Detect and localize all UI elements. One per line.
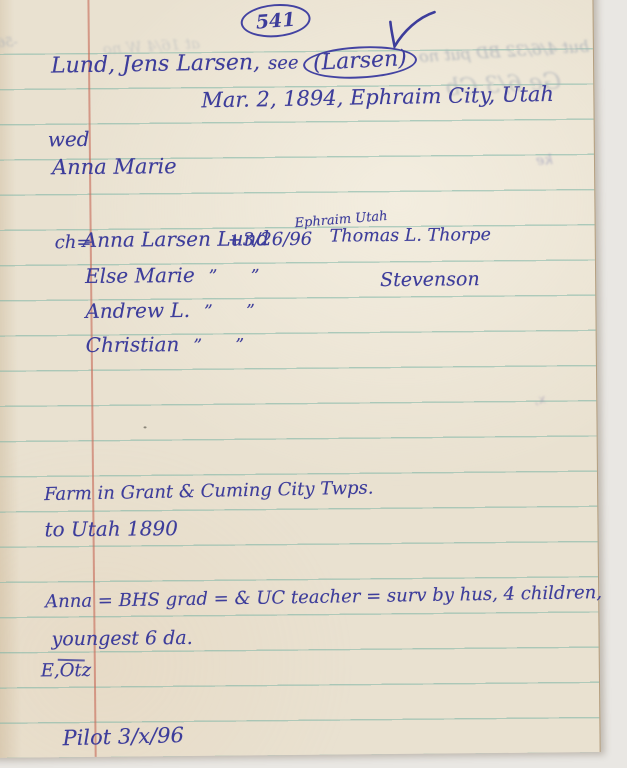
see-reference-circle: (Larsen): [302, 44, 417, 82]
death-date: +3/26/96: [228, 231, 313, 250]
child-spouse-surname: Stevenson: [380, 270, 480, 290]
child-spouse-name: Thomas L. Thorpe: [330, 227, 491, 246]
paper-sheet: -56 at 16/4 W no but 4/6/32 BD put no Ge…: [0, 0, 601, 758]
name-line: Lund, Jens Larsen,see(Larsen): [51, 46, 417, 84]
page-number: 541: [255, 8, 296, 33]
bleedthrough-text: x,: [534, 393, 546, 407]
ditto-marks: ” ”: [193, 335, 258, 356]
ditto-marks: ” ”: [209, 266, 274, 287]
child-row: Christian” ”: [86, 333, 259, 356]
child-row: Else Marie” ”: [85, 264, 274, 287]
anna-note-line2: youngest 6 da.: [51, 629, 192, 649]
see-label: see: [268, 52, 299, 74]
scan-background: { "document": { "page_number": "541", "h…: [0, 0, 627, 768]
source-citation: Pilot 3/x/96: [62, 725, 184, 749]
ink-speck: [144, 426, 147, 428]
page-number-circle: 541: [239, 1, 311, 39]
ditto-marks: ” ”: [204, 301, 269, 322]
spouse-name: Anna Marie: [52, 156, 177, 178]
bleedthrough-text: ke: [536, 153, 554, 168]
see-reference: (Larsen): [312, 46, 407, 76]
child-name: Andrew L.: [85, 298, 190, 323]
child-row: Andrew L.” ”: [85, 299, 269, 322]
bleedthrough-text: -56: [0, 36, 18, 50]
surname-given-names: Lund, Jens Larsen,: [51, 50, 260, 78]
child-name: Christian: [86, 332, 180, 357]
migration-note: to Utah 1890: [44, 518, 178, 539]
wed-label: wed: [48, 129, 90, 149]
shorthand-note: E,Otz: [41, 662, 92, 680]
child-name: Else Marie: [85, 263, 195, 288]
